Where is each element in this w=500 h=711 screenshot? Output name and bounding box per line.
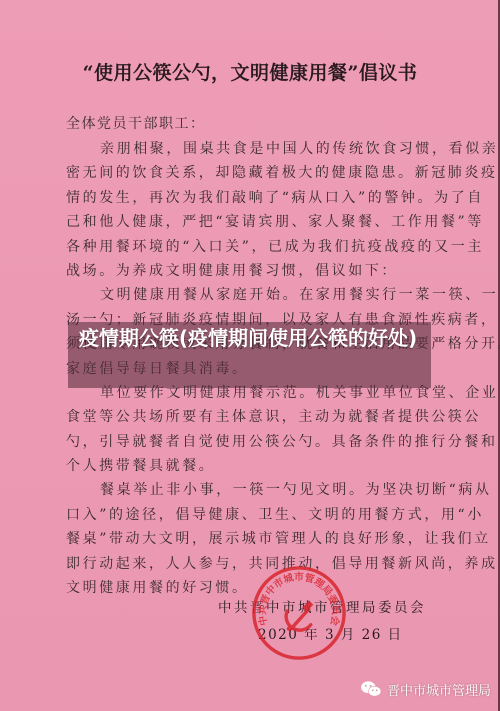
body-line: 己和他人健康，严把“宴请宾朋、家人聚餐、工作用餐”等 — [66, 210, 426, 234]
overlay-title: 疫情期公筷(疫情期间使用公筷的好处) — [78, 323, 418, 354]
body-line: 情的发生，再次为我们敲响了“病从口入”的警钟。为了自 — [66, 186, 426, 210]
body-line: 各种用餐环境的“入口关”，已成为我们抗疫战疫的又一主 — [66, 235, 426, 259]
body-line: 勺，引导就餐者自觉使用公筷公勺。具备条件的推行分餐和 — [66, 430, 426, 454]
official-seal-icon: 中共晋中市城市管理局委员会 — [250, 564, 348, 662]
body-line: 即行动起来，人人参与，共同推动，倡导用餐新风尚，养成 — [66, 552, 426, 576]
wechat-icon — [360, 680, 382, 698]
body-line: 餐桌”带动大文明，展示城市管理人的良好形象，让我们立 — [66, 527, 426, 551]
salutation: 全体党员干部职工： — [66, 113, 206, 133]
body-line: 口入”的途径，倡导健康、卫生、文明的用餐方式，用“小 — [66, 503, 426, 527]
body-line: 个人携带餐具就餐。 — [66, 454, 426, 478]
body-line: 战场。为养成文明健康用餐习惯，倡议如下： — [66, 259, 426, 283]
body-line: 密无间的饮食关系，却隐藏着极大的健康隐患。新冠肺炎疫 — [66, 161, 426, 185]
body-line: 文明健康用餐从家庭开始。在家用餐实行一菜一筷、一 — [66, 283, 426, 307]
body-line: 亲朋相聚，围桌共食是中国人的传统饮食习惯，看似亲 — [66, 137, 426, 161]
body-line: 餐桌举止非小事，一筷一勺见文明。为坚决切断“病从 — [66, 478, 426, 502]
watermark-label: 晋中市城市管理局 — [387, 680, 491, 699]
body-line: 食堂等公共场所要有主体意识，主动为就餐者提供公筷公 — [66, 405, 426, 429]
watermark: 晋中市城市管理局 — [360, 678, 491, 700]
document-title: “使用公筷公勺，文明健康用餐”倡议书 — [0, 58, 500, 85]
